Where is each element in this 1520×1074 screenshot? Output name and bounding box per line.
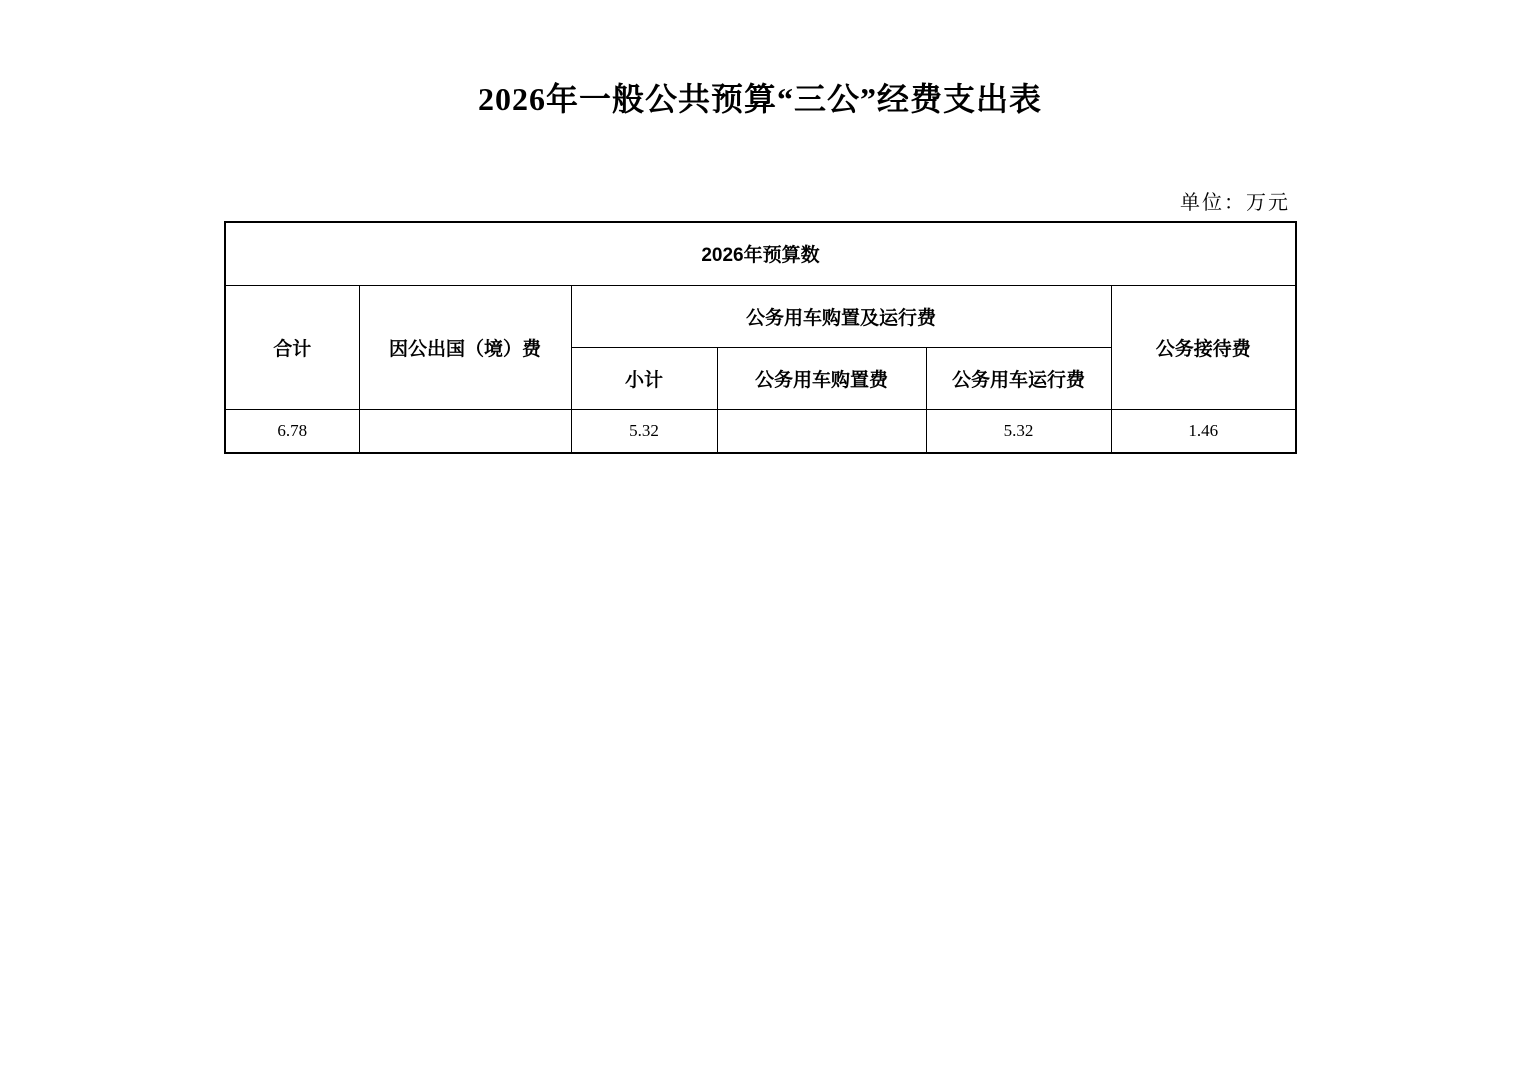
page-title: 2026年一般公共预算“三公”经费支出表 — [0, 74, 1520, 120]
header-vehicle-operation: 公务用车运行费 — [926, 347, 1111, 409]
year-header-cell: 2026年预算数 — [225, 222, 1296, 285]
value-vehicle-operation: 5.32 — [926, 409, 1111, 453]
header-reception: 公务接待费 — [1111, 285, 1296, 409]
table-row-year-header: 2026年预算数 — [225, 222, 1296, 285]
budget-table: 2026年预算数 合计 因公出国（境）费 公务用车购置及运行费 公务接待费 小计… — [224, 221, 1297, 454]
header-vehicle-purchase: 公务用车购置费 — [717, 347, 926, 409]
header-total: 合计 — [225, 285, 359, 409]
value-total: 6.78 — [225, 409, 359, 453]
header-vehicle-subtotal: 小计 — [571, 347, 717, 409]
unit-label: 单位：万元 — [224, 186, 1290, 215]
table-row-header-group: 合计 因公出国（境）费 公务用车购置及运行费 公务接待费 — [225, 285, 1296, 347]
value-abroad — [359, 409, 571, 453]
value-vehicle-subtotal: 5.32 — [571, 409, 717, 453]
value-vehicle-purchase — [717, 409, 926, 453]
header-vehicle-group: 公务用车购置及运行费 — [571, 285, 1111, 347]
header-abroad: 因公出国（境）费 — [359, 285, 571, 409]
value-reception: 1.46 — [1111, 409, 1296, 453]
table-row-values: 6.78 5.32 5.32 1.46 — [225, 409, 1296, 453]
